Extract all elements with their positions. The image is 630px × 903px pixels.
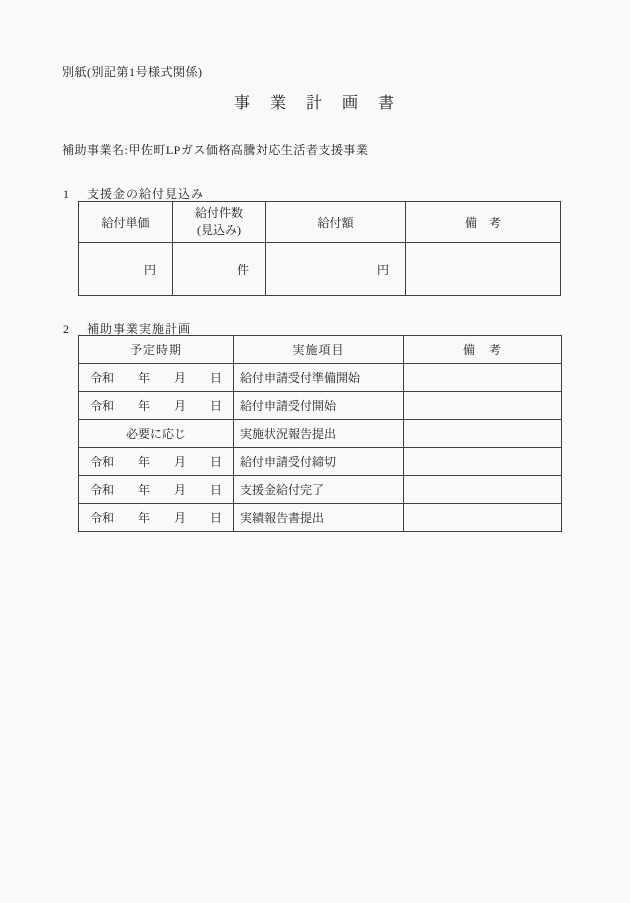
schedule-cell: 令和 年 月 日 (79, 392, 234, 420)
implementation-plan-table: 予定時期 実施項目 備 考 令和 年 月 日 給付申請受付準備開始 令和 年 月… (78, 335, 562, 532)
schedule-cell: 必要に応じ (79, 420, 234, 448)
item-cell: 実施状況報告提出 (234, 420, 404, 448)
plan-row: 令和 年 月 日 実績報告書提出 (79, 504, 562, 532)
remarks-header: 備 考 (404, 336, 562, 364)
remarks-cell (404, 392, 562, 420)
section1-heading: 1 支援金の給付見込み (63, 185, 204, 202)
grant-count-cell: 件 (173, 243, 266, 296)
remarks-cell (404, 448, 562, 476)
schedule-header: 予定時期 (79, 336, 234, 364)
remarks-cell (404, 476, 562, 504)
grant-estimate-header-row: 給付単価 給付件数 (見込み) 給付額 備 考 (79, 202, 561, 243)
grant-count-header-line1: 給付件数 (173, 205, 265, 222)
grant-count-header: 給付件数 (見込み) (173, 202, 266, 243)
item-cell: 給付申請受付締切 (234, 448, 404, 476)
item-cell: 支援金給付完了 (234, 476, 404, 504)
item-cell: 実績報告書提出 (234, 504, 404, 532)
remarks-cell (404, 504, 562, 532)
schedule-cell: 令和 年 月 日 (79, 476, 234, 504)
grant-estimate-table: 給付単価 給付件数 (見込み) 給付額 備 考 円 件 円 (78, 201, 561, 296)
remarks-cell (406, 243, 561, 296)
plan-row: 令和 年 月 日 給付申請受付締切 (79, 448, 562, 476)
plan-header-row: 予定時期 実施項目 備 考 (79, 336, 562, 364)
grant-estimate-data-row: 円 件 円 (79, 243, 561, 296)
section2-number: 2 (63, 322, 69, 337)
attachment-note: 別紙(別記第1号様式関係) (62, 63, 203, 80)
grant-amount-cell: 円 (266, 243, 406, 296)
plan-row: 令和 年 月 日 給付申請受付開始 (79, 392, 562, 420)
grant-amount-header: 給付額 (266, 202, 406, 243)
plan-row: 令和 年 月 日 支援金給付完了 (79, 476, 562, 504)
item-cell: 給付申請受付準備開始 (234, 364, 404, 392)
plan-row: 必要に応じ 実施状況報告提出 (79, 420, 562, 448)
remarks-cell (404, 364, 562, 392)
unit-price-cell: 円 (79, 243, 173, 296)
grant-count-header-line2: (見込み) (173, 222, 265, 239)
section1-number: 1 (63, 187, 69, 202)
plan-row: 令和 年 月 日 給付申請受付準備開始 (79, 364, 562, 392)
schedule-cell: 令和 年 月 日 (79, 504, 234, 532)
schedule-cell: 令和 年 月 日 (79, 364, 234, 392)
remarks-header: 備 考 (406, 202, 561, 243)
remarks-cell (404, 420, 562, 448)
unit-price-header: 給付単価 (79, 202, 173, 243)
document-title: 事 業 計 画 書 (0, 90, 630, 113)
schedule-cell: 令和 年 月 日 (79, 448, 234, 476)
section1-title: 支援金の給付見込み (87, 185, 204, 202)
item-cell: 給付申請受付開始 (234, 392, 404, 420)
document-page: 別紙(別記第1号様式関係) 事 業 計 画 書 補助事業名:甲佐町LPガス価格高… (0, 0, 630, 903)
item-header: 実施項目 (234, 336, 404, 364)
subsidy-project-name: 補助事業名:甲佐町LPガス価格高騰対応生活者支援事業 (62, 141, 368, 158)
